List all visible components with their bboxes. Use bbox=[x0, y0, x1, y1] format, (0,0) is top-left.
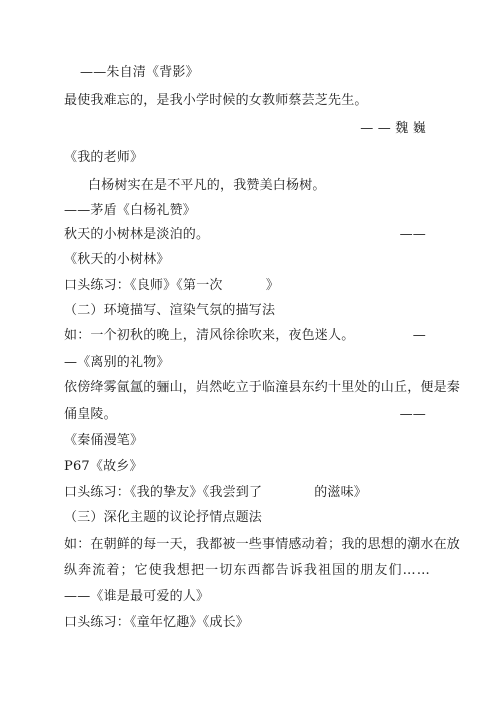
text-line: 白杨树实在是不平凡的，我赞美白杨树。 bbox=[88, 178, 326, 194]
text-line: 《秋天的小树林》 bbox=[64, 252, 170, 268]
text-line: 口头练习：《我的挚友》《我尝到了 的滋味》 bbox=[64, 485, 367, 501]
text-line: — — 魏 巍 bbox=[360, 121, 426, 137]
text-line: ——《谁是最可爱的人》 bbox=[64, 589, 209, 605]
text-line: 秋天的小树林是淡泊的。 bbox=[64, 227, 209, 243]
text-line: ——茅盾《白杨礼赞》 bbox=[64, 203, 196, 219]
text-line: 依傍绛雾氤氲的骊山，岿然屹立于临潼县东约十里处的山丘，便是秦 bbox=[64, 380, 460, 396]
text-line: —《离别的礼物》 bbox=[64, 355, 170, 371]
text-line: 《我的老师》 bbox=[64, 150, 143, 166]
text-line: ——朱自清《背影》 bbox=[80, 65, 199, 81]
text-line: 纵奔流着；它使我想把一切东西都告诉我祖国的朋友们…… bbox=[64, 563, 430, 579]
text-line: P67《故乡》 bbox=[64, 459, 143, 475]
text-line: 《秦俑漫笔》 bbox=[64, 433, 143, 449]
text-line: 如：一个初秋的晚上，清风徐徐吹来，夜色迷人。 bbox=[64, 328, 354, 344]
text-line: —— bbox=[400, 227, 426, 243]
text-line: —— bbox=[400, 407, 426, 423]
text-line: — bbox=[413, 328, 426, 344]
text-line: 如：在朝鲜的每一天，我都被一些事情感动着；我的思想的潮水在放 bbox=[64, 537, 460, 553]
text-line: 俑皇陵。 bbox=[64, 407, 117, 423]
text-line: （三）深化主题的议论抒情点题法 bbox=[64, 510, 262, 526]
text-line: 口头练习：《童年忆趣》《成长》 bbox=[64, 615, 249, 631]
document-page: ——朱自清《背影》最使我难忘的，是我小学时候的女教师蔡芸芝先生。— — 魏 巍《… bbox=[0, 0, 500, 707]
text-line: 最使我难忘的，是我小学时候的女教师蔡芸芝先生。 bbox=[64, 93, 368, 109]
text-line: （二）环境描写、渲染气氛的描写法 bbox=[64, 303, 275, 319]
text-line: 口头练习：《良师》《第一次 》 bbox=[64, 278, 279, 294]
